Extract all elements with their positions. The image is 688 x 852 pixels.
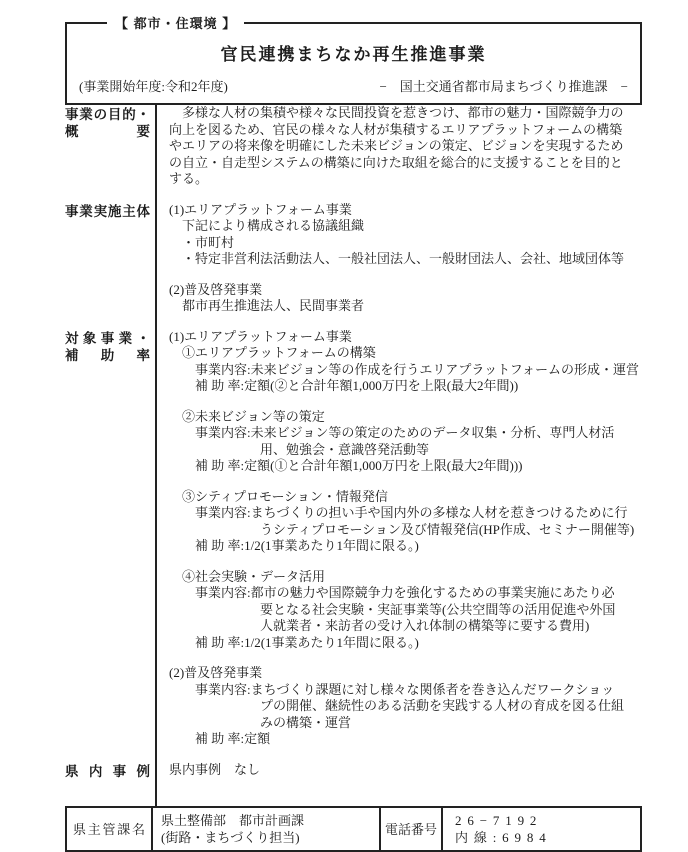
section-purpose: 事業の目的・ 概要 多様な人材の集積や様々な民間投資を惹きつけ、都市の魅力・国際… [65,105,642,202]
paragraph: (2)普及啓発事業 事業内容:まちづくり課題に対し様々な関係者を巻き込んだワーク… [169,665,642,748]
page-title: 官民連携まちなか再生推進事業 [79,44,628,66]
dept-label-cell: 県主管課名 [67,808,153,850]
document-body: 事業の目的・ 概要 多様な人材の集積や様々な民間投資を惹きつけ、都市の魅力・国際… [65,105,642,806]
paragraph: (1)エリアプラットフォーム事業 ①エリアプラットフォームの構築 事業内容:未来… [169,329,642,395]
agency-name: − 国土交通省都市局まちづくり推進課 − [379,78,628,95]
section-prefecture-examples-content: 県内事例 なし [155,762,642,807]
header-box: 【 都市・住環境 】 官民連携まちなか再生推進事業 (事業開始年度:令和2年度)… [65,22,642,105]
section-purpose-content: 多様な人材の集積や様々な民間投資を惹きつけ、都市の魅力・国際競争力の 向上を図る… [155,105,642,202]
section-label-line: 対象事業・ [65,330,150,347]
dept-label: 県主管課名 [73,821,145,838]
section-implementer: 事業実施主体 (1)エリアプラットフォーム事業 下記により構成される協議組織 ・… [65,202,642,329]
section-label-line: 県内事例 [65,763,150,780]
section-purpose-label: 事業の目的・ 概要 [65,105,155,202]
section-prefecture-examples: 県内事例 県内事例 なし [65,762,642,807]
section-label-line: 補助率 [65,347,150,364]
start-year: (事業開始年度:令和2年度) [79,78,228,95]
paragraph: (1)エリアプラットフォーム事業 下記により構成される協議組織 ・市町村 ・特定… [169,202,642,268]
paragraph: 多様な人材の集積や様々な民間投資を惹きつけ、都市の魅力・国際競争力の 向上を図る… [169,105,642,188]
paragraph: ③シティプロモーション・情報発信 事業内容:まちづくりの担い手や国内外の多様な人… [169,489,642,555]
section-subsidy-label: 対象事業・ 補助率 [65,329,155,762]
paragraph: (2)普及啓発事業 都市再生推進法人、民間事業者 [169,282,642,315]
document-page: 【 都市・住環境 】 官民連携まちなか再生推進事業 (事業開始年度:令和2年度)… [0,0,688,852]
phone-value: 26−7192 内線:6984 [443,808,640,850]
paragraph: 県内事例 なし [169,762,642,779]
footer-table: 県主管課名 県土整備部 都市計画課 (街路・まちづくり担当) 電話番号 26−7… [65,806,642,852]
category-tag: 【 都市・住環境 】 [107,13,244,32]
paragraph: ④社会実験・データ活用 事業内容:都市の魅力や国際競争力を強化するための事業実施… [169,569,642,652]
section-subsidy-content: (1)エリアプラットフォーム事業 ①エリアプラットフォームの構築 事業内容:未来… [155,329,642,762]
section-subsidy: 対象事業・ 補助率 (1)エリアプラットフォーム事業 ①エリアプラットフォームの… [65,329,642,762]
section-implementer-label: 事業実施主体 [65,202,155,329]
phone-label: 電話番号 [381,808,443,850]
section-label-line: 概要 [65,123,150,140]
dept-value: 県土整備部 都市計画課 (街路・まちづくり担当) [153,808,381,850]
header-meta: (事業開始年度:令和2年度) − 国土交通省都市局まちづくり推進課 − [79,78,628,95]
section-label-line: 事業実施主体 [65,203,150,220]
section-prefecture-examples-label: 県内事例 [65,762,155,807]
section-label-line: 事業の目的・ [65,106,150,123]
section-implementer-content: (1)エリアプラットフォーム事業 下記により構成される協議組織 ・市町村 ・特定… [155,202,642,329]
paragraph: ②未来ビジョン等の策定 事業内容:未来ビジョン等の策定のためのデータ収集・分析、… [169,409,642,475]
